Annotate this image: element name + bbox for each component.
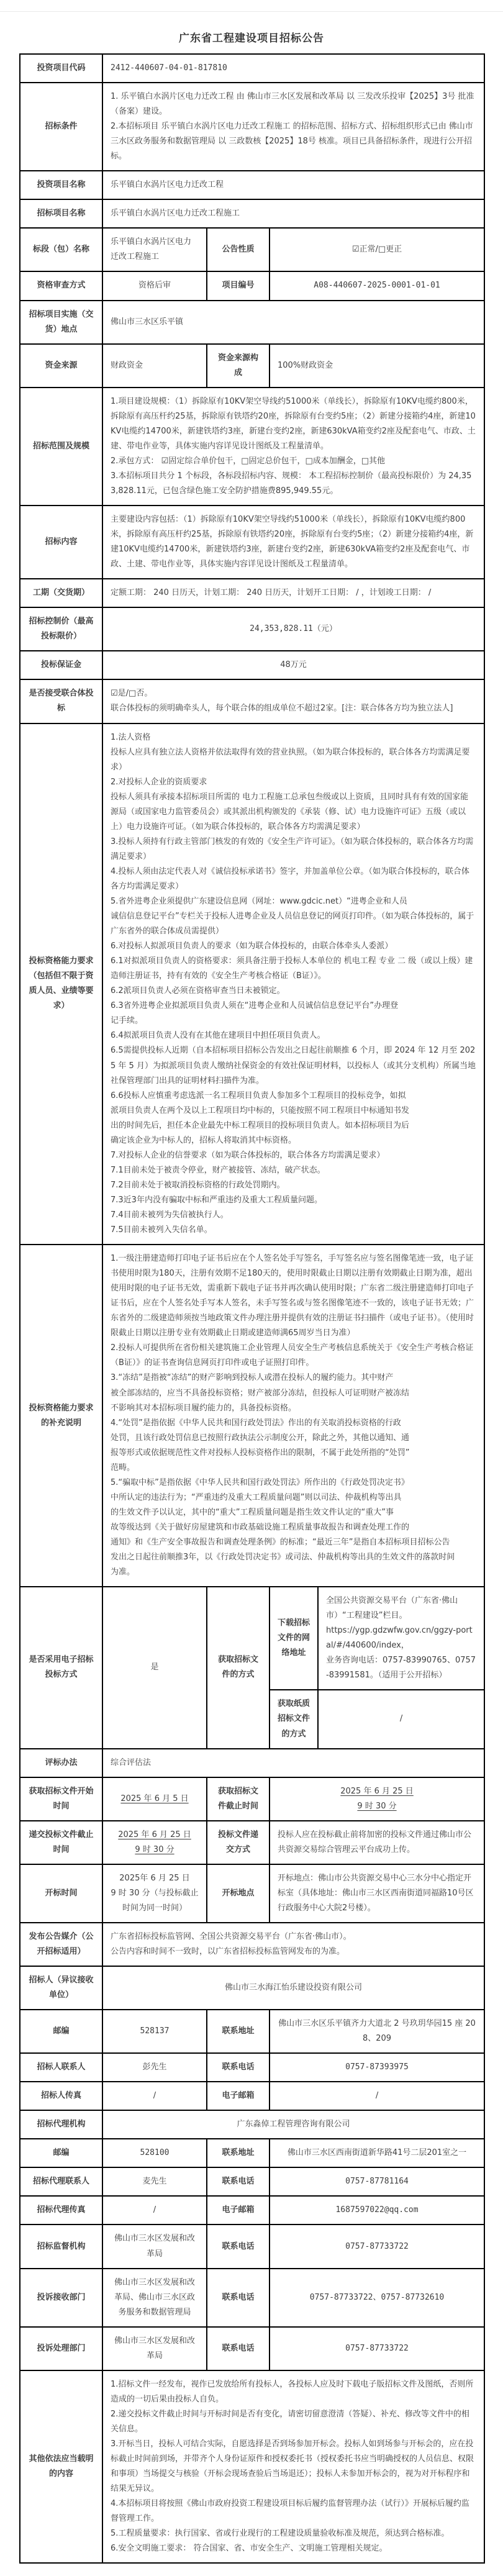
label-complaint-receiving: 投诉接收部门 <box>20 2269 102 2327</box>
label-tenderer: 招标人（异议接收单位） <box>20 1966 102 2010</box>
table-row: 资金来源 财政资金 资金来源构成 100%财政资金 <box>20 344 484 388</box>
value-agency-phone: 0757-87781164 <box>270 2167 484 2196</box>
label-investment-project-name: 投资项目名称 <box>20 171 102 199</box>
label-submission-method: 投标文件递交方式 <box>207 1821 270 1864</box>
label-supervision-phone: 联系电话 <box>207 2225 270 2268</box>
label-e-bidding: 是否采用电子招标投标方式 <box>20 1587 102 1748</box>
value-doc-download-address: 全国公共资源交易平台（广东省·佛山市）“工程建设”栏目。 https://ygp… <box>318 1587 484 1690</box>
label-funding-composition: 资金来源构成 <box>207 344 270 388</box>
table-row: 获取招标文件开始时间 2025 年 6 月 5 日 获取招标文件截止时间 202… <box>20 1777 484 1821</box>
label-doc-end-time: 获取招标文件截止时间 <box>207 1777 270 1821</box>
table-row: 招标项目名称 乐平镇白水涡片区电力迁改工程施工 <box>20 199 484 228</box>
label-tender-scope: 招标范围及规模 <box>20 388 102 506</box>
label-agency: 招标代理机构 <box>20 2110 102 2139</box>
value-opening-time: 2025年 6 月 25 日 9 时 30 分（与投标截止时间为同一时间） <box>102 1864 207 1923</box>
table-row: 投诉接收部门 佛山市三水区发展和改革局、佛山市三水区政务服务和数据管理局 联系电… <box>20 2269 484 2327</box>
label-tender-conditions: 招标条件 <box>20 83 102 171</box>
table-row: 招标项目实施（交货）地点 佛山市三水区乐平镇 <box>20 301 484 344</box>
label-opening-time: 开标时间 <box>20 1864 102 1923</box>
value-qualification-requirements: 1.法人资格 投标人应具有独立法人资格并依法取得有效的营业执照。（如为联合体投标… <box>102 723 484 1245</box>
label-supervision-agency: 招标监督机构 <box>20 2225 102 2268</box>
label-tender-content: 招标内容 <box>20 506 102 579</box>
value-investment-project-name: 乐平镇白水涡片区电力迁改工程 <box>102 171 484 199</box>
label-qualification-review: 资格审查方式 <box>20 271 102 300</box>
value-notice-nature: ☑正常/□更正 <box>270 228 484 271</box>
value-funding-composition: 100%财政资金 <box>270 344 484 388</box>
value-opening-place: 开标地点：佛山市公共资源交易中心三水分中心指定开标室（具体地址：佛山市三水区西南… <box>270 1864 484 1923</box>
table-row: 资格审查方式 资格后审 项目编号 A08-440607-2025-0001-01… <box>20 271 484 300</box>
value-agency: 广东淼倬工程管理咨询有限公司 <box>102 2110 484 2139</box>
label-delivery-location: 招标项目实施（交货）地点 <box>20 301 102 344</box>
label-tenderer-postcode: 邮编 <box>20 2010 102 2053</box>
label-other-contents: 其他依法应当载明的内容 <box>20 2370 102 2564</box>
value-complaint-receiving-phone: 0757-87733722、0757-87732610 <box>270 2269 484 2327</box>
value-qualification-supplement: 1.一级注册建造师打印电子证书后应在个人签名处手写签名，手写签名应与签名图像笔迹… <box>102 1245 484 1587</box>
value-tender-content: 主要建设内容包括：（1）拆除原有10KV架空导线约51000米（单线长），拆除原… <box>102 506 484 579</box>
label-tender-project-name: 招标项目名称 <box>20 199 102 228</box>
label-duration: 工期（交货期） <box>20 579 102 607</box>
label-section-name: 标段（包）名称 <box>20 228 102 271</box>
table-row: 投资项目代码 2412-440607-04-01-817810 <box>20 54 484 83</box>
label-project-number: 项目编号 <box>207 271 270 300</box>
label-qualification-supplement: 投标资格能力要求的补充说明 <box>20 1245 102 1587</box>
value-agency-contact: 麦先生 <box>102 2167 207 2196</box>
table-row: 招标代理机构 广东淼倬工程管理咨询有限公司 <box>20 2110 484 2139</box>
value-agency-postcode: 528100 <box>102 2139 207 2167</box>
value-consortium: ☑是/□否。 联合体投标的须明确牵头人，每个联合体的组成单位不超过2家。[注：联… <box>102 679 484 723</box>
label-qualification-requirements: 投标资格能力要求（包括但不限于资质人员、业绩等要求） <box>20 723 102 1245</box>
value-evaluation-method: 综合评估法 <box>102 1749 484 1777</box>
table-row: 招标监督机构 佛山市三水区发展和改革局 联系电话 0757-87733722 <box>20 2225 484 2268</box>
value-supervision-phone: 0757-87733722 <box>270 2225 484 2268</box>
label-tenderer-email: 电子邮箱 <box>207 2082 270 2110</box>
value-announcement-media: 广东省招标投标监管网、全国公共资源交易平台（广东省·佛山市）。 公告内容和时间不… <box>102 1923 484 1966</box>
label-investment-project-code: 投资项目代码 <box>20 54 102 83</box>
value-agency-email: 1687597022@qq.com <box>270 2196 484 2225</box>
table-row: 是否采用电子招标投标方式 是 获取招标文件的方式 下载招标文件的网络地址 全国公… <box>20 1587 484 1690</box>
table-row: 是否接受联合体投标 ☑是/□否。 联合体投标的须明确牵头人，每个联合体的组成单位… <box>20 679 484 723</box>
page-title: 广东省工程建设项目招标公告 <box>0 29 503 45</box>
value-e-bidding: 是 <box>102 1587 207 1748</box>
top-divider <box>0 11 503 12</box>
value-submission-method: 投标人应在投标截止前将加密的投标文件通过佛山市公共资源交易综合管理云平台成功上传… <box>270 1821 484 1864</box>
table-row: 投资项目名称 乐平镇白水涡片区电力迁改工程 <box>20 171 484 199</box>
tender-announcement-table: 投资项目代码 2412-440607-04-01-817810 招标条件 1. … <box>19 53 485 2564</box>
value-investment-project-code: 2412-440607-04-01-817810 <box>102 54 484 83</box>
table-row: 招标人传真 / 电子邮箱 / <box>20 2082 484 2110</box>
table-row: 招标控制价（最高投标限价） 24,353,828.11（元） <box>20 607 484 651</box>
table-row: 招标内容 主要建设内容包括：（1）拆除原有10KV架空导线约51000米（单线长… <box>20 506 484 579</box>
value-duration: 定额工期： 240 日历天，计划工期： 240 日历天，计划开工日期： / ，计… <box>102 579 484 607</box>
label-agency-email: 电子邮箱 <box>207 2196 270 2225</box>
label-agency-contact: 招标代理联系人 <box>20 2167 102 2196</box>
value-tender-scope: 1.项目建设规模：（1）拆除原有10KV架空导线约51000米（单线长），拆除原… <box>102 388 484 506</box>
label-agency-postcode: 邮编 <box>20 2139 102 2167</box>
table-row: 发布公告媒介（公开招标适用） 广东省招标投标监管网、全国公共资源交易平台（广东省… <box>20 1923 484 1966</box>
value-submission-deadline: 2025 年 6 月 25 日 9 时 30 分 <box>102 1821 207 1864</box>
table-row: 招标条件 1. 乐平镇白水涡片区电力迁改工程 由 佛山市三水区发展和改革局 以 … <box>20 83 484 171</box>
label-tenderer-fax: 招标人传真 <box>20 2082 102 2110</box>
label-agency-address: 联系地址 <box>207 2139 270 2167</box>
value-other-contents: 1.招标文件一经发布，视作已发放给所有投标人，各投标人应及时下载电子版招标文件及… <box>102 2370 484 2564</box>
value-delivery-location: 佛山市三水区乐平镇 <box>102 301 484 344</box>
value-bid-bond: 48万元 <box>102 651 484 679</box>
value-tenderer-email: / <box>270 2082 484 2110</box>
value-funding-source: 财政资金 <box>102 344 207 388</box>
value-tender-conditions: 1. 乐平镇白水涡片区电力迁改工程 由 佛山市三水区发展和改革局 以 三发改乐投… <box>102 83 484 171</box>
label-funding-source: 资金来源 <box>20 344 102 388</box>
value-tenderer-phone: 0757-87393975 <box>270 2053 484 2082</box>
label-tenderer-address: 联系地址 <box>207 2010 270 2053</box>
table-row: 投标资格能力要求的补充说明 1.一级注册建造师打印电子证书后应在个人签名处手写签… <box>20 1245 484 1587</box>
value-tender-project-name: 乐平镇白水涡片区电力迁改工程施工 <box>102 199 484 228</box>
table-row: 开标时间 2025年 6 月 25 日 9 时 30 分（与投标截止时间为同一时… <box>20 1864 484 1923</box>
table-row: 邮编 528100 联系地址 佛山市三水区西南街道新华路41号二层201室之一 <box>20 2139 484 2167</box>
table-row: 递交投标文件截止时间 2025 年 6 月 25 日 9 时 30 分 投标文件… <box>20 1821 484 1864</box>
label-doc-paper-method: 获取纸质招标文件的方式 <box>270 1690 318 1748</box>
table-row: 评标办法 综合评估法 <box>20 1749 484 1777</box>
table-row: 投诉处理部门 佛山市三水区发展和改革局 联系电话 0757-87733722 <box>20 2327 484 2370</box>
label-submission-deadline: 递交投标文件截止时间 <box>20 1821 102 1864</box>
value-tenderer-fax: / <box>102 2082 207 2110</box>
label-announcement-media: 发布公告媒介（公开招标适用） <box>20 1923 102 1966</box>
table-row: 招标范围及规模 1.项目建设规模：（1）拆除原有10KV架空导线约51000米（… <box>20 388 484 506</box>
table-row: 招标代理联系人 麦先生 联系电话 0757-87781164 <box>20 2167 484 2196</box>
value-supervision-agency: 佛山市三水区发展和改革局 <box>102 2225 207 2268</box>
table-row: 其他依法应当载明的内容 1.招标文件一经发布，视作已发放给所有投标人，各投标人应… <box>20 2370 484 2564</box>
table-row: 邮编 528137 联系地址 佛山市三水区乐平镇齐力大道北 2 号玖玥华园15 … <box>20 2010 484 2053</box>
table-row: 招标人（异议接收单位） 佛山市三水海江怡乐建设投资有限公司 <box>20 1966 484 2010</box>
value-tenderer-address: 佛山市三水区乐平镇齐力大道北 2 号玖玥华园15 座 208、209 <box>270 2010 484 2053</box>
value-control-price: 24,353,828.11（元） <box>102 607 484 651</box>
value-tenderer: 佛山市三水海江怡乐建设投资有限公司 <box>102 1966 484 2010</box>
label-opening-place: 开标地点 <box>207 1864 270 1923</box>
table-row: 招标代理传真 / 电子邮箱 1687597022@qq.com <box>20 2196 484 2225</box>
value-complaint-handling-phone: 0757-87733722 <box>270 2327 484 2370</box>
value-section-name: 乐平镇白水涡片区电力迁改工程施工 <box>102 228 207 271</box>
value-project-number: A08-440607-2025-0001-01-01 <box>270 271 484 300</box>
value-tenderer-postcode: 528137 <box>102 2010 207 2053</box>
label-complaint-handling: 投诉处理部门 <box>20 2327 102 2370</box>
value-doc-start-time: 2025 年 6 月 5 日 <box>102 1777 207 1821</box>
label-consortium: 是否接受联合体投标 <box>20 679 102 723</box>
value-complaint-receiving: 佛山市三水区发展和改革局、佛山市三水区政务服务和数据管理局 <box>102 2269 207 2327</box>
label-agency-phone: 联系电话 <box>207 2167 270 2196</box>
label-complaint-receiving-phone: 联系电话 <box>207 2269 270 2327</box>
value-doc-end-time: 2025 年 6 月 25 日 9 时 30 分 <box>270 1777 484 1821</box>
label-notice-nature: 公告性质 <box>207 228 270 271</box>
table-row: 标段（包）名称 乐平镇白水涡片区电力迁改工程施工 公告性质 ☑正常/□更正 <box>20 228 484 271</box>
label-doc-start-time: 获取招标文件开始时间 <box>20 1777 102 1821</box>
label-evaluation-method: 评标办法 <box>20 1749 102 1777</box>
value-agency-fax: / <box>102 2196 207 2225</box>
value-doc-paper-method: / <box>318 1690 484 1748</box>
label-doc-download-address: 下载招标文件的网络地址 <box>270 1587 318 1690</box>
label-complaint-handling-phone: 联系电话 <box>207 2327 270 2370</box>
label-bid-bond: 投标保证金 <box>20 651 102 679</box>
label-doc-method: 获取招标文件的方式 <box>207 1587 270 1748</box>
table-row: 招标人联系人 彭先生 联系电话 0757-87393975 <box>20 2053 484 2082</box>
table-row: 投标保证金 48万元 <box>20 651 484 679</box>
value-tenderer-contact: 彭先生 <box>102 2053 207 2082</box>
label-control-price: 招标控制价（最高投标限价） <box>20 607 102 651</box>
label-agency-fax: 招标代理传真 <box>20 2196 102 2225</box>
value-agency-address: 佛山市三水区西南街道新华路41号二层201室之一 <box>270 2139 484 2167</box>
label-tenderer-contact: 招标人联系人 <box>20 2053 102 2082</box>
label-tenderer-phone: 联系电话 <box>207 2053 270 2082</box>
value-qualification-review: 资格后审 <box>102 271 207 300</box>
table-row: 投标资格能力要求（包括但不限于资质人员、业绩等要求） 1.法人资格 投标人应具有… <box>20 723 484 1245</box>
table-row: 工期（交货期） 定额工期： 240 日历天，计划工期： 240 日历天，计划开工… <box>20 579 484 607</box>
value-complaint-handling: 佛山市三水区发展和改革局 <box>102 2327 207 2370</box>
